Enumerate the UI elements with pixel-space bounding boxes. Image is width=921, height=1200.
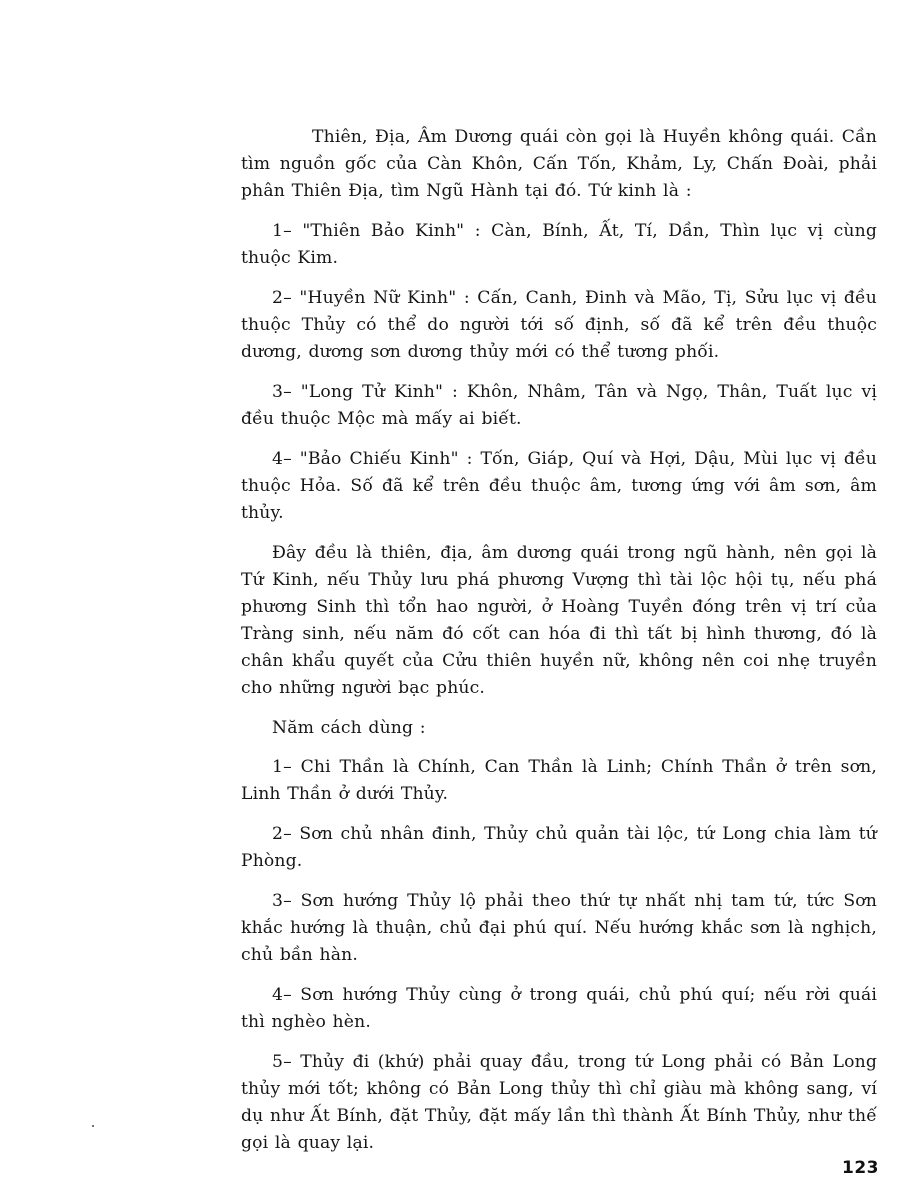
usage-item-4: 4– Sơn hướng Thủy cùng ở trong quái, chủ…	[241, 982, 877, 1036]
page-body: Thiên, Địa, Âm Dương quái còn gọi là Huy…	[241, 124, 877, 1170]
usage-item-5: 5– Thủy đi (khứ) phải quay đầu, trong tứ…	[241, 1049, 877, 1157]
usage-heading: Năm cách dùng :	[241, 715, 877, 742]
kinh-item-2: 2– "Huyền Nữ Kinh" : Cấn, Canh, Đinh và …	[241, 285, 877, 366]
kinh-item-4: 4– "Bảo Chiếu Kinh" : Tốn, Giáp, Quí và …	[241, 446, 877, 527]
kinh-item-1: 1– "Thiên Bảo Kinh" : Càn, Bính, Ất, Tí,…	[241, 218, 877, 272]
page-number: 123	[842, 1158, 879, 1178]
summary-paragraph: Đây đều là thiên, địa, âm dương quái tro…	[241, 540, 877, 702]
kinh-item-3: 3– "Long Tử Kinh" : Khôn, Nhâm, Tân và N…	[241, 379, 877, 433]
usage-item-3: 3– Sơn hướng Thủy lộ phải theo thứ tự nh…	[241, 888, 877, 969]
usage-item-1: 1– Chi Thần là Chính, Can Thần là Linh; …	[241, 754, 877, 808]
scan-speck	[92, 1125, 94, 1127]
intro-paragraph: Thiên, Địa, Âm Dương quái còn gọi là Huy…	[241, 124, 877, 205]
usage-item-2: 2– Sơn chủ nhân đinh, Thủy chủ quản tài …	[241, 821, 877, 875]
